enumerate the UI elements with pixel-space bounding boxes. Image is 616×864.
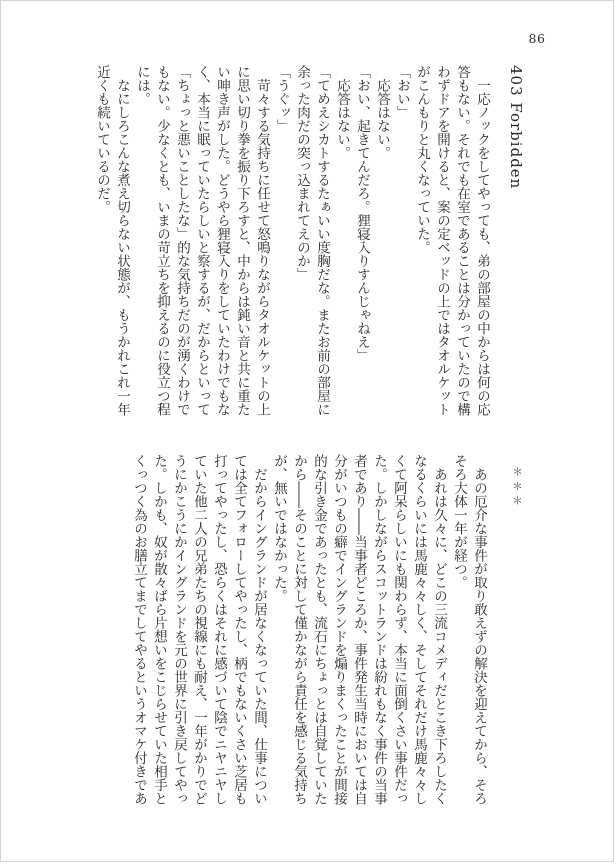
text-line: た。しかも、奴が散々ばら片想いをこじらせていた相手と (149, 454, 169, 810)
text-line: 一応ノックをしてやっても、弟の部屋の中からは何の応 (472, 65, 492, 421)
text-line: がこんもりと丸くなっていた。 (412, 65, 432, 421)
text-line: わずドアを開けると、案の定ベッドの上ではタオルケット (432, 65, 452, 421)
text-line: 的な引き金であったとも、流石にちょっとは自覚していた (309, 454, 329, 810)
text-line: 「ちょっと悪いことしたな」的な気持ちだのが湧くわけで (172, 65, 192, 421)
text-line: あの厄介な事件が取り敢えずの解決を迎えてから、そろ (469, 454, 489, 810)
text-line: うにかこうにかイングランドを元の世界に引き戻してやっ (169, 454, 189, 810)
text-line: から――そのことに対して僅かながら責任を感じる気持ち (289, 454, 309, 810)
text-line: に思い切り拳を振り下ろすと、中からは鈍い音と共に重た (232, 65, 252, 421)
book-page: 86 403 Forbidden 一応ノックをしてやっても、弟の部屋の中からは何… (0, 0, 614, 862)
text-line: 余った肉だの突っ込まれてえのか」 (292, 65, 312, 421)
text-band-upper: 403 Forbidden 一応ノックをしてやっても、弟の部屋の中からは何の応答… (81, 65, 527, 421)
text-line: ていた他二人の兄弟たちの視線にも耐え、一年がかりでど (189, 454, 209, 810)
text-line: には。 (132, 65, 152, 421)
text-line: 応答はない。 (372, 65, 392, 421)
text-line: 者であり――当事者どころか、事件発生当時においては自 (349, 454, 369, 810)
text-line: なにしろこんな煮え切らない状態が、もうかれこれ一年 (112, 65, 132, 421)
text-line: く、本当に眠っていたらしいと察するが、だからといって (192, 65, 212, 421)
text-line: くて阿呆らしいにも関わらず、本当に面倒くさい事件だっ (389, 454, 409, 810)
text-line: 苛々する気持ちに任せて怒鳴りながらタオルケットの上 (252, 65, 272, 421)
chapter-title: 403 Forbidden (505, 65, 527, 421)
text-line: 「おい」 (392, 65, 412, 421)
text-line: 「うぐッ」 (272, 65, 292, 421)
text-line: た。しかしながらスコットランドは紛れもなく事件の当事 (369, 454, 389, 810)
text-line: 答もない。それでも在室であることは分かっていたので構 (452, 65, 472, 421)
section-lower-body: あの厄介な事件が取り敢えずの解決を迎えてから、そろそろ大体一年が経つ。 あれは久… (129, 454, 489, 810)
text-line: くっつく為のお膳立てまでしてやるというオマケ付きであ (129, 454, 149, 810)
text-line: 応答はない。 (332, 65, 352, 421)
text-line: もない。少なくとも、いまの苛立ちを抑えるのに役立つ程 (152, 65, 172, 421)
page-number: 86 (514, 31, 560, 46)
text-line: い呻き声がした。どうやら狸寝入りをしていたわけでもな (212, 65, 232, 421)
text-line: が、無いではなかった。 (269, 454, 289, 810)
section-divider: ＊＊＊ (507, 454, 527, 810)
text-line: 「てめえシカトするたぁいい度胸だな。またお前の部屋に (312, 65, 332, 421)
text-line: 「おい、起きてんだろ。狸寝入りすんじゃねえ」 (352, 65, 372, 421)
text-line: 近くも続いているのだ。 (92, 65, 112, 421)
text-line: ては全てフォローしてやったし、柄でもないくさい芝居も (229, 454, 249, 810)
text-line: そろ大体一年が経つ。 (449, 454, 469, 810)
text-line: だからイングランドが居なくなっていた間、仕事につい (249, 454, 269, 810)
text-line: 打ってやったし、恐らくはそれに感づいて陰でニヤニヤし (209, 454, 229, 810)
section-upper-body: 一応ノックをしてやっても、弟の部屋の中からは何の応答もない。それでも在室であるこ… (92, 65, 492, 421)
text-line: なるくらいには馬鹿々々しく、そしてそれだけ馬鹿々々し (409, 454, 429, 810)
text-line: 分がいつもの癖でイングランドを煽りまくったことが間接 (329, 454, 349, 810)
text-line: あれは久々に、どこの三流コメディだとこき下ろしたく (429, 454, 449, 810)
text-band-lower: ＊＊＊ あの厄介な事件が取り敢えずの解決を迎えてから、そろそろ大体一年が経つ。 … (81, 454, 527, 810)
